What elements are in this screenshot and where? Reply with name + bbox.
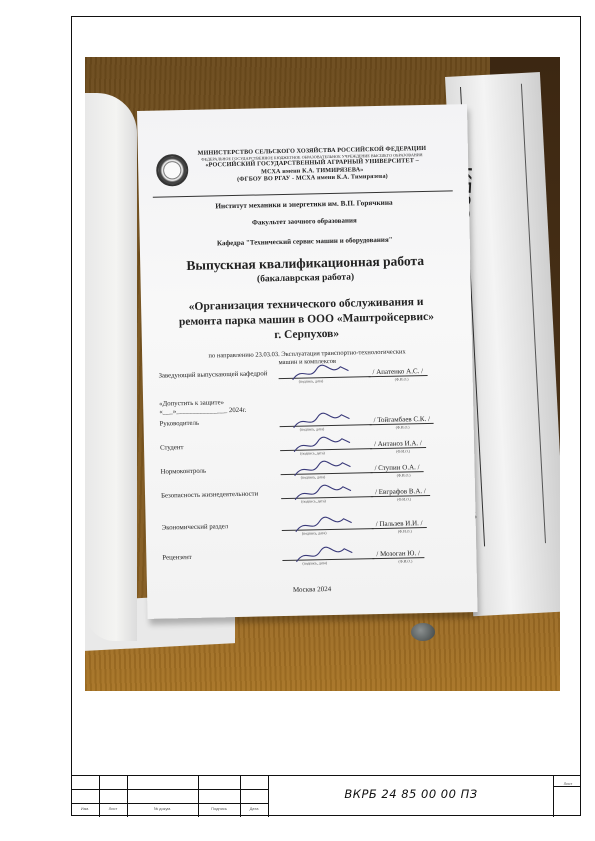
signature-hint: (подпись, дата) xyxy=(300,451,325,456)
stamp-label-sheet: Лист xyxy=(99,806,127,811)
name-hint: (Ф.И.О.) xyxy=(397,473,411,477)
signature-line xyxy=(280,448,372,451)
signature-hint: (подпись, дата) xyxy=(301,499,326,504)
signature-hint: (подпись, дата) xyxy=(299,379,324,384)
name-hint: (Ф.И.О.) xyxy=(395,377,409,381)
signatory-name: / Мозоган Ю. / xyxy=(372,549,424,559)
desk-knob xyxy=(411,623,435,641)
signature-row: Студент(подпись, дата)/ Антаноз И.А. /(Ф… xyxy=(160,438,460,460)
signature-hint: (подпись, дата) xyxy=(302,531,327,536)
signature-row: Безопасность жизнедеятельности(подпись, … xyxy=(161,486,461,508)
stamp-line xyxy=(553,786,581,787)
stamp-line xyxy=(71,789,268,790)
signature-hint: (подпись, дата) xyxy=(302,561,327,566)
ministry-header: МИНИСТЕРСТВО СЕЛЬСКОГО ХОЗЯЙСТВА РОССИЙС… xyxy=(162,144,463,185)
faculty-name: Факультет заочного образования xyxy=(139,214,469,229)
stamp-label-change: Изм. xyxy=(71,806,99,811)
signature-row: Рецензент(подпись, дата)/ Мозоган Ю. /(Ф… xyxy=(162,548,462,570)
thesis-topic: «Организация технического обслуживания и… xyxy=(141,294,472,346)
signatory-name: / Пальзев И.И. / xyxy=(372,519,427,529)
title-block-stamp: Изм. Лист № докум. Подпись Дата ВКРБ 24 … xyxy=(71,775,581,817)
stamp-label-signature: Подпись xyxy=(198,806,240,811)
department-name: Кафедра "Технический сервис машин и обор… xyxy=(140,234,470,249)
title-page-photo: КПЭЭСП СБ МИНИСТЕРСТВО СЕЛЬСКОГО ХОЗЯЙСТ… xyxy=(85,57,560,691)
signature-line xyxy=(281,472,373,475)
signature-hint: (подпись, дата) xyxy=(300,427,325,432)
signatory-role: Заведующий выпускающей кафедрой xyxy=(158,370,267,379)
signature-line xyxy=(279,376,371,379)
signatory-role: Безопасность жизнедеятельности xyxy=(161,491,258,500)
signature-row: Руководитель(подпись, дата)/ Тойгамбаев … xyxy=(159,414,459,436)
stamp-label-doc-number: № докум. xyxy=(127,806,198,811)
signatory-name: / Апатенко А.С. / xyxy=(368,367,427,377)
signature-row: Нормоконтроль(подпись, дата)/ Ступин О.А… xyxy=(160,462,460,484)
signature-line xyxy=(280,424,372,427)
admit-date-line: «___»_______________ 2024г. xyxy=(159,407,246,417)
admit-to-defense: «Допустить к защите»«___»_______________… xyxy=(159,399,246,417)
name-hint: (Ф.И.О.) xyxy=(396,425,410,429)
thesis-title-sheet: МИНИСТЕРСТВО СЕЛЬСКОГО ХОЗЯЙСТВА РОССИЙС… xyxy=(137,104,478,619)
signatory-name: / Антаноз И.А. / xyxy=(370,439,426,449)
stamp-line xyxy=(553,775,554,817)
city-year: Москва 2024 xyxy=(147,582,477,597)
signature-line xyxy=(282,558,374,561)
signatory-role: Руководитель xyxy=(159,420,199,428)
stamp-line xyxy=(71,803,268,804)
signature-row: Заведующий выпускающей кафедрой(подпись,… xyxy=(158,366,458,388)
name-hint: (Ф.И.О.) xyxy=(396,449,410,453)
stamp-sheet-label: Лист xyxy=(555,781,581,786)
signatory-role: Нормоконтроль xyxy=(160,468,206,476)
name-hint: (Ф.И.О.) xyxy=(398,529,412,533)
signature-line xyxy=(282,528,374,531)
signatory-name: / Евграфов В.А. / xyxy=(371,487,430,497)
signatory-role: Рецензент xyxy=(162,554,191,562)
name-hint: (Ф.И.О.) xyxy=(397,497,411,501)
signature-hint: (подпись, дата) xyxy=(301,475,326,480)
institute-name: Институт механики и энергетики им. В.П. … xyxy=(139,196,469,212)
folder-left-page xyxy=(85,93,137,641)
signature-row: Экономический раздел(подпись, дата)/ Пал… xyxy=(162,518,462,540)
stamp-line xyxy=(71,775,581,776)
signatory-role: Студент xyxy=(160,444,184,451)
signature-rows: «Допустить к защите»«___»_______________… xyxy=(137,104,467,111)
signatory-name: / Тойгамбаев С.К. / xyxy=(369,415,434,425)
document-code: ВКРБ 24 85 00 00 ПЗ xyxy=(271,787,551,801)
stamp-label-date: Дата xyxy=(240,806,268,811)
name-hint: (Ф.И.О.) xyxy=(398,559,412,563)
stamp-line xyxy=(268,775,269,817)
signatory-role: Экономический раздел xyxy=(162,523,229,531)
signatory-name: / Ступин О.А. / xyxy=(370,463,423,473)
signature-line xyxy=(281,496,373,499)
